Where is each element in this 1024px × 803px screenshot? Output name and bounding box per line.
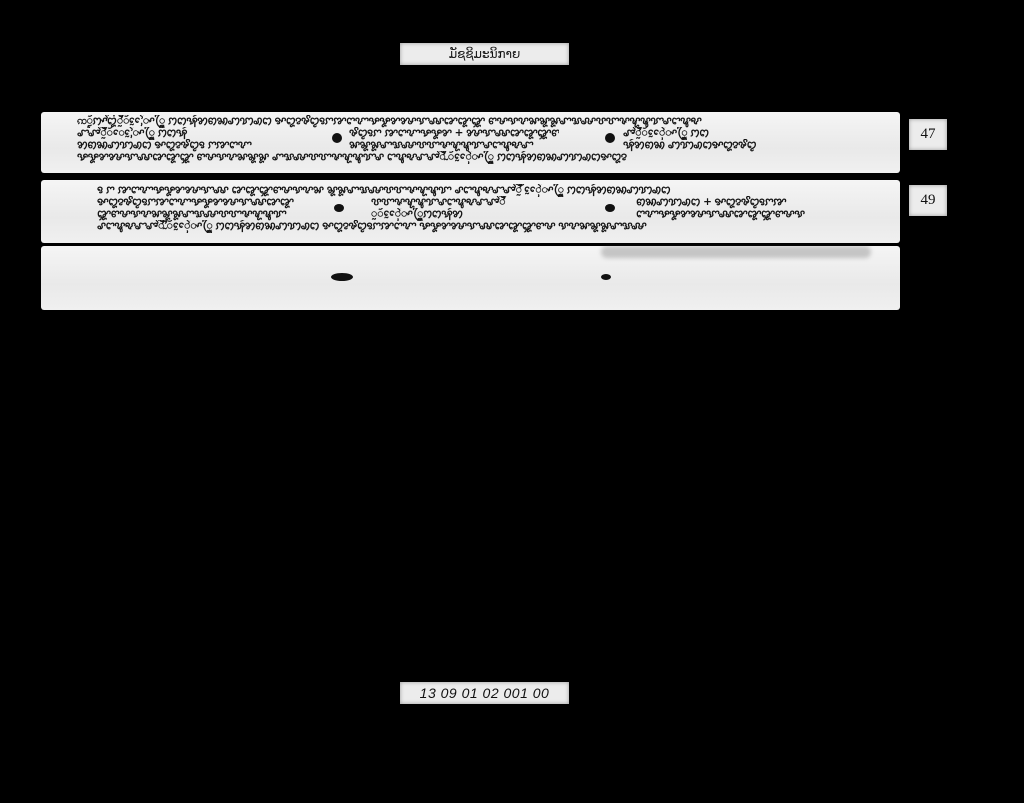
leaf-stain <box>601 246 871 258</box>
palm-leaf-1: ꩡꨵꨮꩀꨳꨩꨁꩌꨫꨬꨭꨮ ꨯꨰꨱꨲꨳꨴꨵꨶ ꩀꩁꩂꩃꩄꩅꩆꩇꩈꩉꩊ ꨀꨁꨂꨃꨄꨅ… <box>41 112 900 173</box>
leaf-text-line: ꨈꨉꨊꨋꨌꨍꨎꨏꨐꨑꨒꨓꨔꨕ <box>636 208 876 221</box>
leaf-text-line: ꨊꨋꨌꨍꨎꨏꨐꨑꨒ ꨓꨔꨕꨖꨗꨘꨙ ꨚꨛꨜꨝꨞꨟꨠꨡꨢꨣ ꨤꨥꨦꨧꨨꨩꨪꨫꨬ ꨭ… <box>77 151 877 164</box>
leaf-text-line: ꨝꨞꨟꨠꨡꨢꨣꨤꨥꨦꨧꨨꨩꨪꨫꨬ <box>371 196 571 209</box>
binding-hole <box>332 133 342 143</box>
leaf-text-line: ꩂꩃꩄꩅꩆ ꩇꩈꩉꩊꨀꨁꨂꨃꨄ <box>623 139 873 152</box>
manuscript-title: ມັຊຊິມະນິກາຍ <box>449 47 521 61</box>
leaf-text-line: ꨨꨩꨪꨫꨬꨭꨮꨯꨰꨱꨲꨳꨴꨵꨶ ꩀꩁ <box>623 127 873 140</box>
leaf-text-line: ꨧꨨꨩꨪꨫꨬꨭꨮꨯ ꨰꨱꨲꨳꨴꨵꨶ ꩀꩁꩂꩃ <box>77 127 307 140</box>
catalog-code-label: 13 09 01 02 001 00 <box>400 682 569 704</box>
leaf-text-line: ꨭꨮꨯꨰꨱꨲꨳꨴꨵꨶꩀꩁꩂꩃꩄ <box>371 208 571 221</box>
leaf-text-line: ꨀꨁꨂꨃꨄꨅꨆꨇꨈꨉꨊꨋꨌꨍꨎꨏꨐꨑ <box>97 196 317 209</box>
leaf-text-line: ꨗꨘꨙꨚꨛꨜꨝꨞꨟꨠꨡꨢꨣꨤꨥꨦꨧ <box>349 139 559 152</box>
leaf-text-line: ꨅ ꨆ ꨇꨈꨉꨊꨋꨌꨍꨎꨏ ꨐꨑꨒꨓꨔꨕꨖꨗ ꨘꨙꨚꨛꨜꨝꨞꨟꨠꨡꨢ ꨣꨤꨥꨦꨧ… <box>97 184 877 197</box>
leaf-text-line: ꩄꩅꩆꩇꩈꩉꩊ ꨀꨁꨂꨃꨄꨅ ꨆꨇꨈꨉ <box>77 139 307 152</box>
page-number-label: 49 <box>909 185 947 216</box>
binding-hole <box>605 133 615 143</box>
leaf-text-line: ꨒꨓꨔꨕꨖꨗꨘꨙꨚꨛꨜꨝꨞꨟꨠꨡꨢ <box>97 208 317 221</box>
leaf-text-line: ꨣꨤꨥꨦꨧꨨꨩꨪꨫ ꨬꨭꨮꨯꨰꨱꨲꨳꨴꨵꨶ ꩀꩁꩂꩃꩄꩅꩆꩇꩈꩉꩊ ꨀꨁꨂꨃꨄꨅ… <box>97 220 877 233</box>
binding-hole <box>334 204 344 212</box>
leaf-text-line: ꨃꨄꨅꨆ ꨇꨈꨉꨊꨋꨌ + ꨍꨎꨏꨐꨑꨒꨓꨔꨕꨖ <box>349 127 559 140</box>
manuscript-title-label: ມັຊຊິມະນິກາຍ <box>400 43 569 65</box>
palm-leaf-3-blank <box>41 246 900 310</box>
binding-hole <box>605 204 615 212</box>
palm-leaf-2: ꨅ ꨆ ꨇꨈꨉꨊꨋꨌꨍꨎꨏ ꨐꨑꨒꨓꨔꨕꨖꨗ ꨘꨙꨚꨛꨜꨝꨞꨟꨠꨡꨢ ꨣꨤꨥꨦꨧ… <box>41 180 900 243</box>
page-number: 47 <box>921 126 936 143</box>
leaf-text-line: ꩅꩆꩇꩈꩉꩊ + ꨀꨁꨂꨃꨄꨅꨆꨇ <box>636 196 876 209</box>
leaf-text-line: ꩡꨵꨮꩀꨳꨩꨁꩌꨫꨬꨭꨮ ꨯꨰꨱꨲꨳꨴꨵꨶ ꩀꩁꩂꩃꩄꩅꩆꩇꩈꩉꩊ ꨀꨁꨂꨃꨄꨅ… <box>77 115 877 128</box>
catalog-code: 13 09 01 02 001 00 <box>420 685 550 701</box>
page-number-label: 47 <box>909 119 947 150</box>
page-number: 49 <box>921 192 936 209</box>
binding-hole <box>331 273 353 281</box>
binding-hole <box>601 274 611 280</box>
